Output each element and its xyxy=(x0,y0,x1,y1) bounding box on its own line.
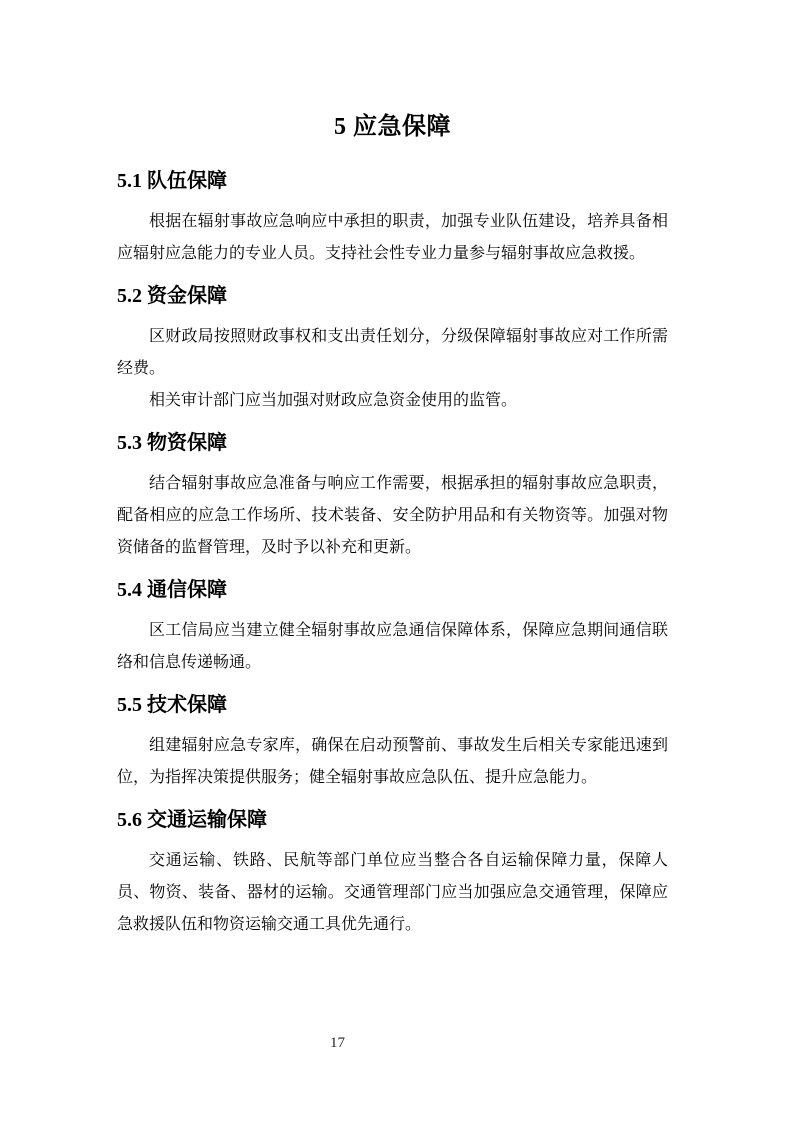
section-5-2-paragraph-2: 相关审计部门应当加强对财政应急资金使用的监管。 xyxy=(117,385,668,417)
section-heading-5-3: 5.3 物资保障 xyxy=(117,430,668,456)
document-page: 5 应急保障 5.1 队伍保障 根据在辐射事故应急响应中承担的职责，加强专业队伍… xyxy=(0,0,793,1122)
document-content: 5 应急保障 5.1 队伍保障 根据在辐射事故应急响应中承担的职责，加强专业队伍… xyxy=(117,0,668,941)
section-5-3-paragraph-1: 结合辐射事故应急准备与响应工作需要，根据承担的辐射事故应急职责，配备相应的应急工… xyxy=(117,468,668,564)
section-heading-5-4: 5.4 通信保障 xyxy=(117,577,668,603)
section-heading-5-5: 5.5 技术保障 xyxy=(117,692,668,718)
section-5-4-paragraph-1: 区工信局应当建立健全辐射事故应急通信保障体系，保障应急期间通信联络和信息传递畅通… xyxy=(117,615,668,679)
page-number: 17 xyxy=(330,1034,345,1052)
section-5-6-paragraph-1: 交通运输、铁路、民航等部门单位应当整合各自运输保障力量，保障人员、物资、装备、器… xyxy=(117,845,668,941)
section-heading-5-1: 5.1 队伍保障 xyxy=(117,168,668,194)
section-5-5-paragraph-1: 组建辐射应急专家库，确保在启动预警前、事故发生后相关专家能迅速到位，为指挥决策提… xyxy=(117,730,668,794)
section-heading-5-2: 5.2 资金保障 xyxy=(117,283,668,309)
chapter-title: 5 应急保障 xyxy=(117,110,668,144)
section-5-1-paragraph-1: 根据在辐射事故应急响应中承担的职责，加强专业队伍建设，培养具备相应辐射应急能力的… xyxy=(117,206,668,270)
section-5-2-paragraph-1: 区财政局按照财政事权和支出责任划分，分级保障辐射事故应对工作所需经费。 xyxy=(117,321,668,385)
section-heading-5-6: 5.6 交通运输保障 xyxy=(117,807,668,833)
